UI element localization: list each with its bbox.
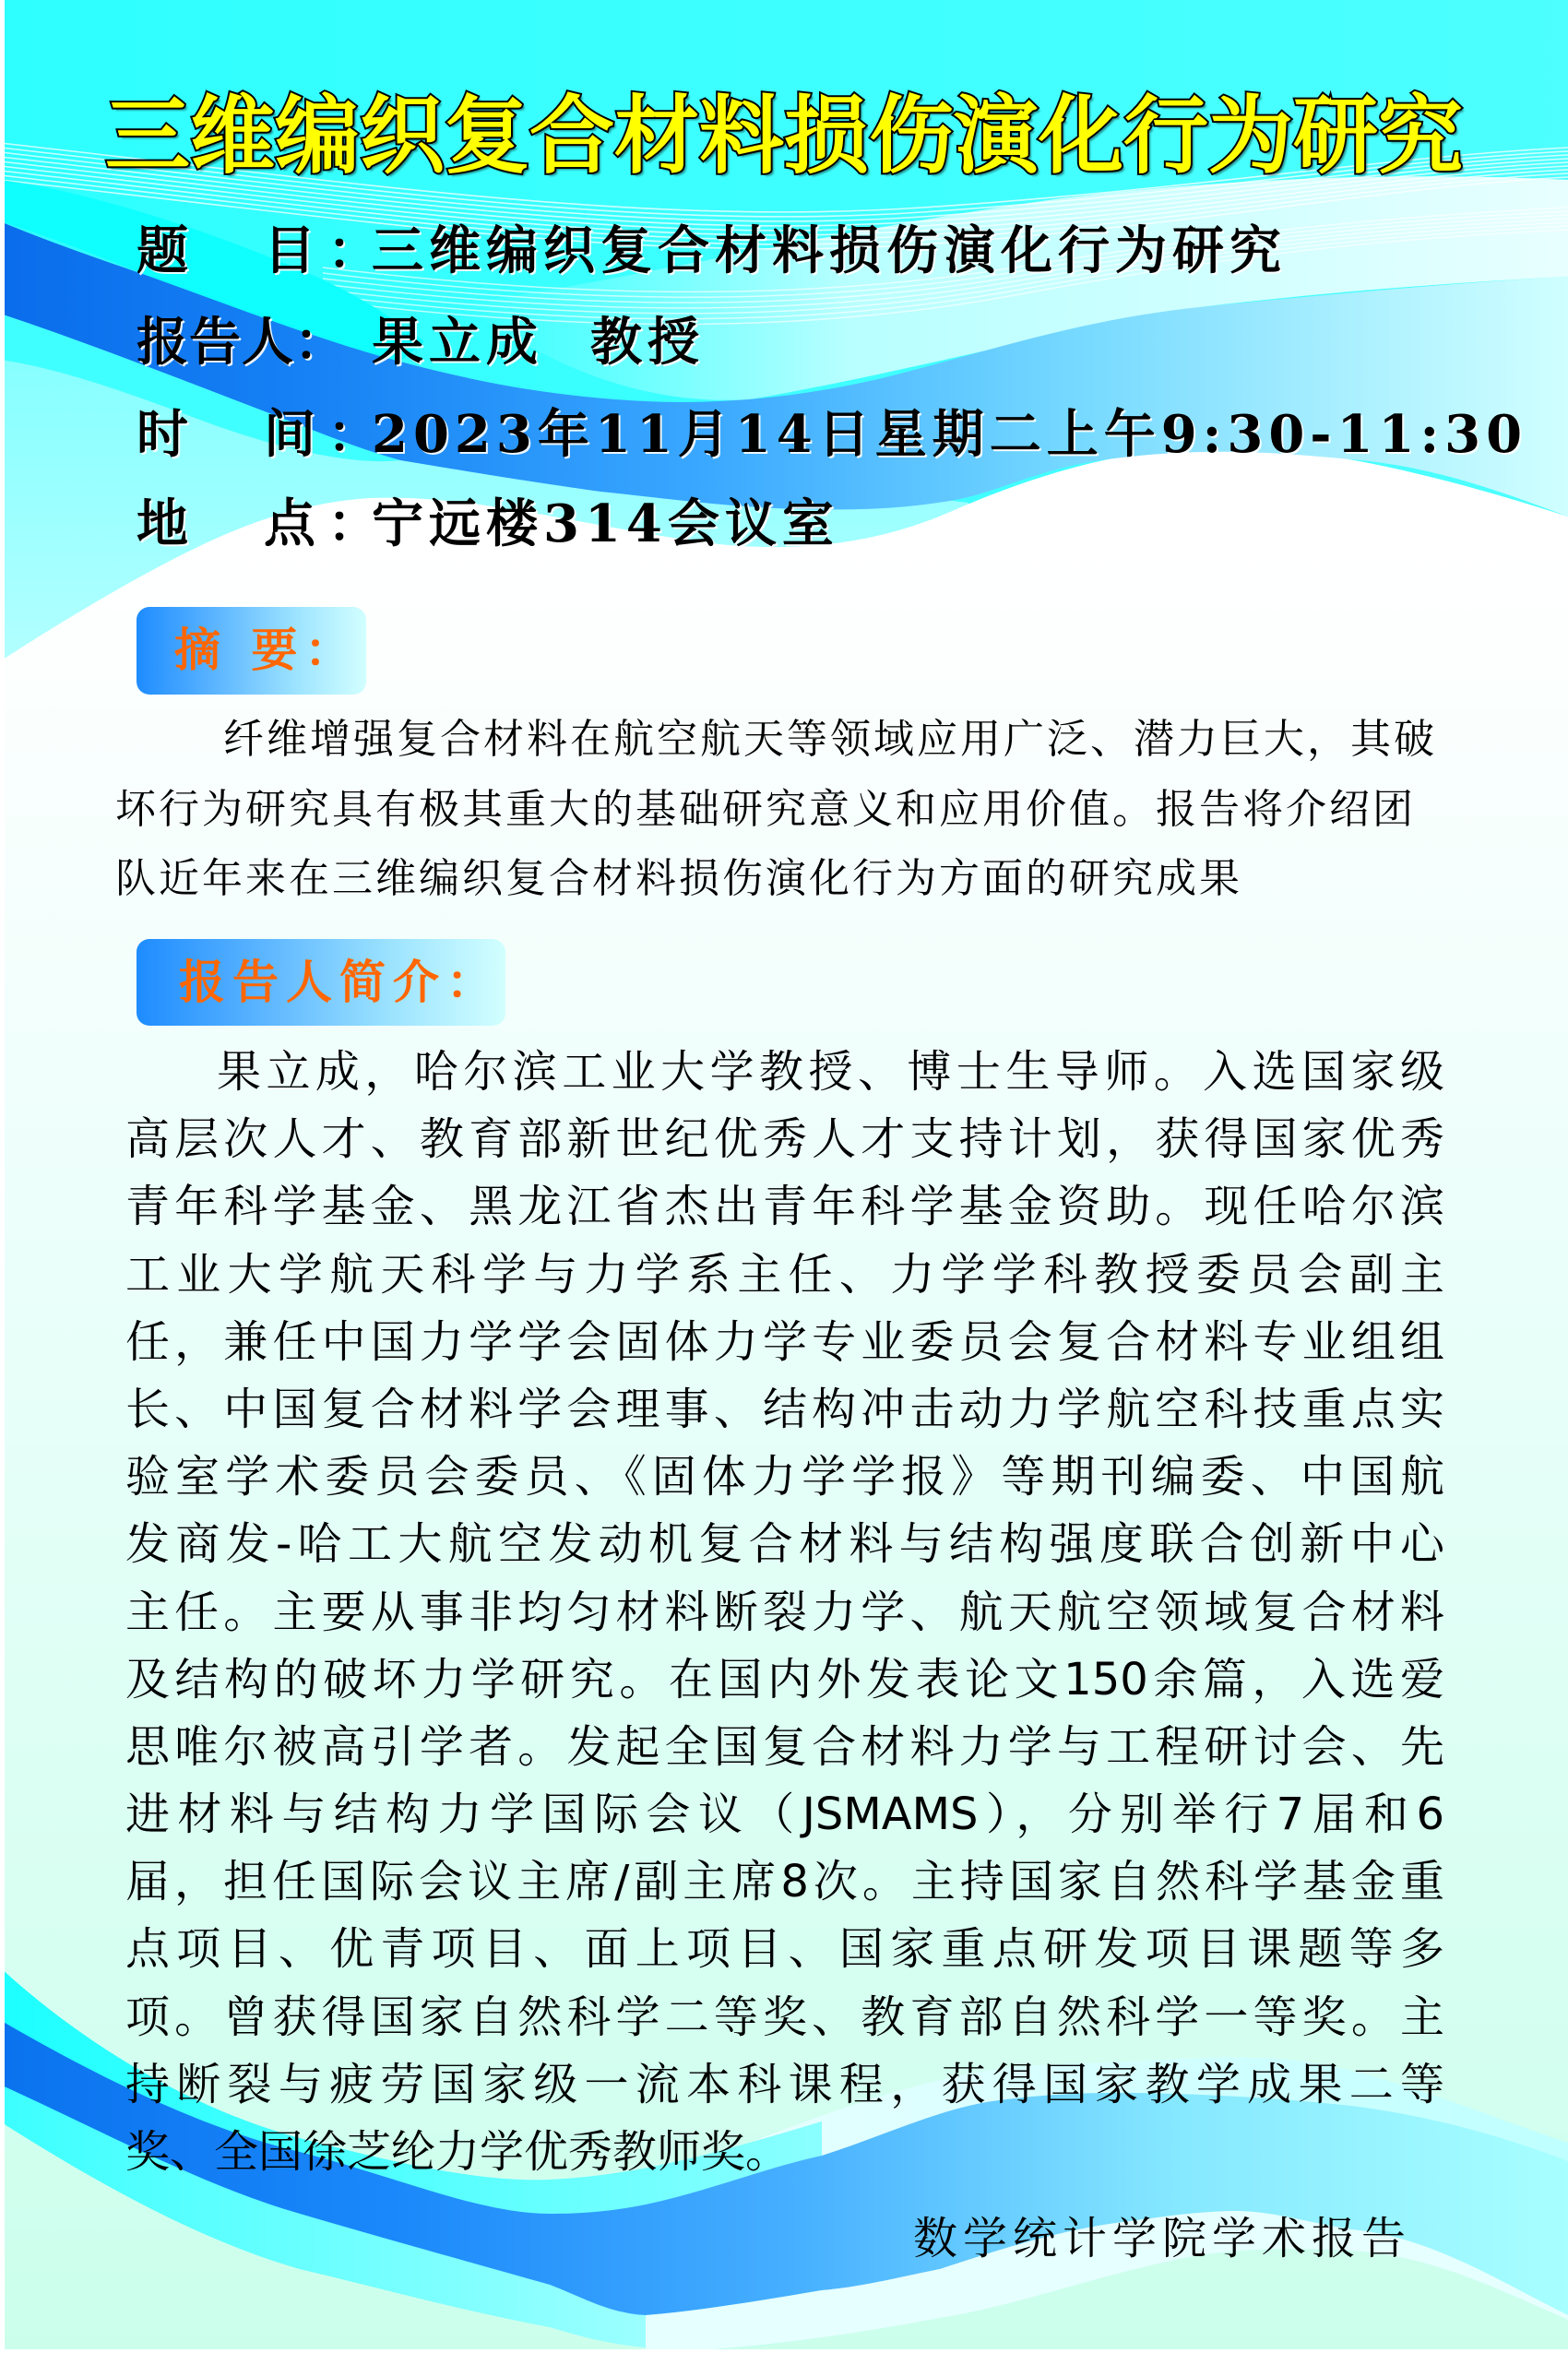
info-row-location: 地 点： 宁远楼314会议室 — [0, 487, 1568, 561]
bio-line: 验室学术委员会委员、《固体力学学报》等期刊编委、中国航 — [125, 1444, 1444, 1511]
abstract-line: 队近年来在三维编织复合材料损伤演化行为方面的研究成果 — [115, 844, 1462, 914]
info-row-time: 时 间： 2023年11月14日星期二上午9:30-11:30 — [0, 398, 1568, 471]
abstract-line: 坏行为研究具有极其重大的基础研究意义和应用价值。报告将介绍团 — [115, 775, 1462, 845]
speaker-bio-text: 果立成，哈尔滨工业大学教授、博士生导师。入选国家级 高层次人才、教育部新世纪优秀… — [125, 1039, 1444, 2186]
abstract-text: 纤维增强复合材料在航空航天等领域应用广泛、潜力巨大，其破 坏行为研究具有极其重大… — [115, 705, 1462, 914]
organizer-footer: 数学统计学院学术报告 — [913, 2206, 1411, 2271]
info-row-speaker: 报告人： 果立成 教授 — [0, 305, 1568, 379]
time-value: 2023年11月14日星期二上午9:30-11:30 — [372, 398, 1527, 471]
bio-line: 持断裂与疲劳国家级一流本科课程，获得国家教学成果二等 — [125, 2051, 1444, 2119]
bio-line: 任，兼任中国力学学会固体力学专业委员会复合材料专业组组 — [125, 1309, 1444, 1376]
bio-line: 发商发-哈工大航空发动机复合材料与结构强度联合创新中心 — [125, 1511, 1444, 1578]
bio-line: 主任。主要从事非均匀材料断裂力学、航天航空领域复合材料 — [125, 1579, 1444, 1646]
speaker-label: 报告人： — [137, 305, 347, 379]
poster-title: 三维编织复合材料损伤演化行为研究 — [0, 86, 1568, 187]
bio-line: 果立成，哈尔滨工业大学教授、博士生导师。入选国家级 — [125, 1039, 1444, 1106]
speaker-value: 果立成 教授 — [372, 305, 705, 379]
poster: 三维编织复合材料损伤演化行为研究 题 目： 三维编织复合材料损伤演化行为研究 报… — [0, 0, 1568, 2353]
time-label: 时 间： — [137, 398, 391, 471]
abstract-heading-badge: 摘 要： — [137, 607, 366, 695]
location-label: 地 点： — [137, 487, 391, 561]
bio-line: 奖、全国徐芝纶力学优秀教师奖。 — [125, 2119, 1444, 2186]
bio-line: 青年科学基金、黑龙江省杰出青年科学基金资助。现任哈尔滨 — [125, 1173, 1444, 1241]
bio-line: 思唯尔被高引学者。发起全国复合材料力学与工程研讨会、先 — [125, 1714, 1444, 1781]
abstract-heading: 摘 要： — [137, 607, 366, 695]
topic-label: 题 目： — [137, 214, 391, 288]
bio-line: 工业大学航天科学与力学系主任、力学学科教授委员会副主 — [125, 1242, 1444, 1309]
location-value: 宁远楼314会议室 — [372, 487, 839, 561]
speaker-bio-heading: 报告人简介： — [137, 939, 505, 1026]
bio-line: 届，担任国际会议主席/副主席8次。主持国家自然科学基金重 — [125, 1848, 1444, 1916]
topic-value: 三维编织复合材料损伤演化行为研究 — [372, 214, 1287, 288]
bio-line: 点项目、优青项目、面上项目、国家重点研发项目课题等多 — [125, 1916, 1444, 1983]
speaker-bio-heading-badge: 报告人简介： — [137, 939, 505, 1026]
bio-line: 项。曾获得国家自然科学二等奖、教育部自然科学一等奖。主 — [125, 1984, 1444, 2051]
bio-line: 长、中国复合材料学会理事、结构冲击动力学航空科技重点实 — [125, 1376, 1444, 1444]
bio-line: 进材料与结构力学国际会议（JSMAMS），分别举行7届和6 — [125, 1781, 1444, 1848]
bio-line: 高层次人才、教育部新世纪优秀人才支持计划，获得国家优秀 — [125, 1106, 1444, 1173]
bio-line: 及结构的破坏力学研究。在国内外发表论文150余篇，入选爱 — [125, 1646, 1444, 1714]
abstract-line: 纤维增强复合材料在航空航天等领域应用广泛、潜力巨大，其破 — [115, 705, 1462, 775]
info-row-topic: 题 目： 三维编织复合材料损伤演化行为研究 — [0, 214, 1568, 288]
